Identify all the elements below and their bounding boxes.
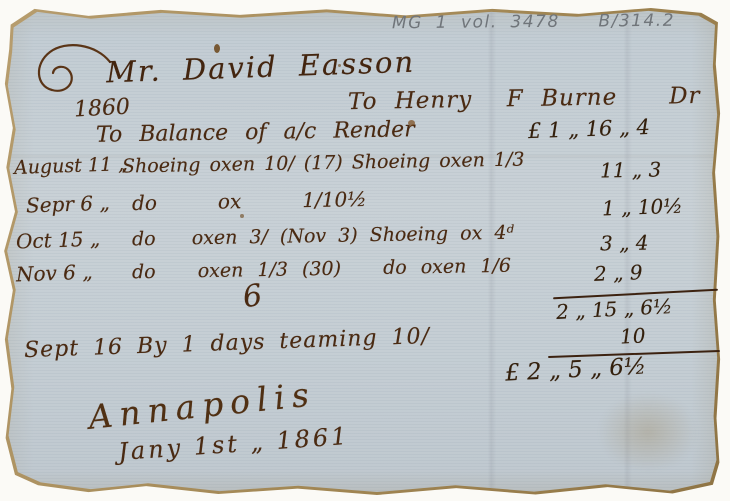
entry-date: Oct 15 „: [16, 227, 101, 254]
entry-description: To Balance of a/c Render: [96, 117, 415, 148]
flourish-icon: [22, 42, 114, 100]
entry-amount: £ 1 „ 16 „ 4: [528, 115, 651, 143]
entry-date: Nov 6 „: [16, 260, 93, 287]
ink-stain: [408, 120, 415, 126]
entry-amount: 3 „ 4: [600, 231, 649, 256]
year-label: 1860: [73, 95, 130, 123]
entry-description: do oxen 3/ (Nov 3) Shoeing ox 4ᵈ: [132, 222, 514, 251]
archival-reference: MG 1 vol. 3478 B/314.2: [392, 11, 675, 33]
entry-description: do oxen 1/3 (30) do oxen 1/6: [132, 255, 511, 284]
total-amount: £ 2 „ 5 „ 6½: [504, 353, 646, 386]
ink-stain: [240, 214, 244, 218]
entry-date: Sepr 6 „: [26, 191, 110, 218]
ink-stain: [338, 64, 341, 67]
credit-amount: 10: [619, 323, 646, 348]
addressee-line: Mr. David Easson: [106, 45, 416, 90]
entry-date: August 11 „: [14, 153, 129, 179]
subtotal-amount: 2 „ 15 „ 6½: [555, 294, 673, 324]
ink-stain: [214, 44, 220, 53]
entry-description: Shoeing oxen 10/ (17) Shoeing oxen 1/3: [122, 148, 525, 177]
entry-amount: 2 „ 9: [594, 260, 643, 286]
entry-description: do ox 1/10½: [132, 187, 367, 215]
entry-amount: 1 „ 10½: [602, 194, 683, 221]
credit-entry-line: Sept 16 By 1 days teaming 10/: [24, 324, 431, 363]
flourish-mark: 6: [241, 278, 265, 315]
account-heading: To Henry F Burne Dr: [348, 83, 701, 115]
ink-bleedthrough: [598, 392, 698, 472]
entry-amount: 11 „ 3: [600, 157, 662, 182]
handwritten-content: MG 1 vol. 3478 B/314.2 Mr. David Easson …: [0, 0, 730, 501]
